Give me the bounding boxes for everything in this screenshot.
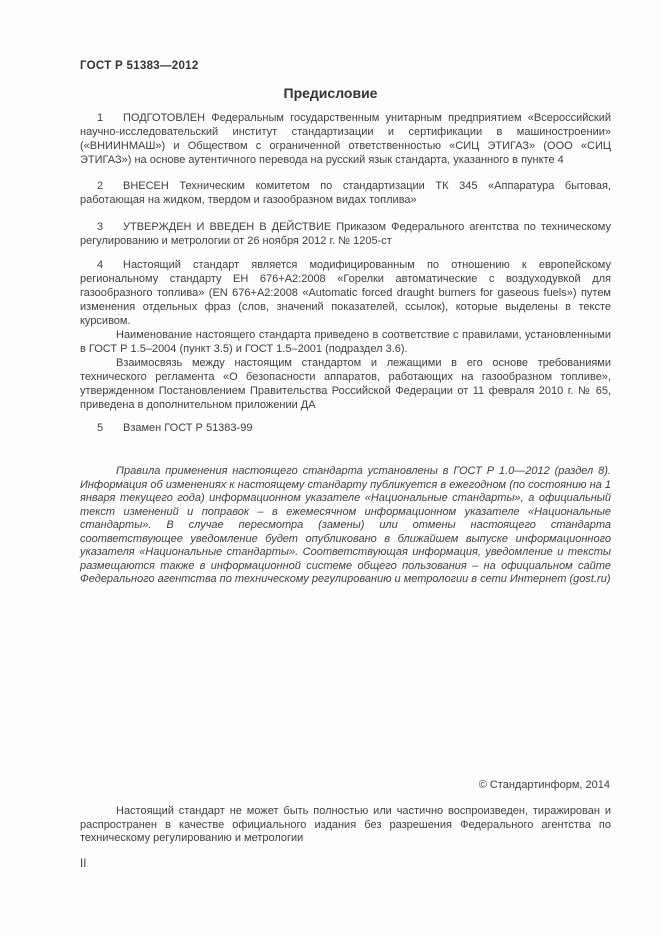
foreword-item-4-continuation-2: Взаимосвязь между настоящим стандартом и… bbox=[80, 356, 611, 412]
item-2-text: ВНЕСЕН Техническим комитетом по стандарт… bbox=[80, 180, 611, 206]
item-2-number: 2 bbox=[97, 179, 123, 193]
reproduction-restriction: Настоящий стандарт не может быть полност… bbox=[80, 805, 611, 846]
application-rules-note: Правила применения настоящего стандарта … bbox=[80, 465, 611, 587]
copyright-line: © Стандартинформ, 2014 bbox=[479, 779, 610, 791]
item-3-text: УТВЕРЖДЕН И ВВЕДЕН В ДЕЙСТВИЕ Приказом Ф… bbox=[80, 221, 611, 247]
foreword-item-3: 3УТВЕРЖДЕН И ВВЕДЕН В ДЕЙСТВИЕ Приказом … bbox=[80, 220, 611, 248]
item-1-number: 1 bbox=[97, 111, 123, 125]
item-5-number: 5 bbox=[97, 421, 123, 435]
item-1-text: ПОДГОТОВЛЕН Федеральным государственным … bbox=[80, 112, 611, 166]
foreword-item-4-continuation-1: Наименование настоящего стандарта привед… bbox=[80, 328, 611, 356]
page-title: Предисловие bbox=[0, 85, 661, 101]
document-code: ГОСТ Р 51383—2012 bbox=[80, 60, 199, 72]
item-4-number: 4 bbox=[97, 258, 123, 272]
foreword-item-5: 5Взамен ГОСТ Р 51383-99 bbox=[80, 421, 611, 435]
foreword-item-2: 2ВНЕСЕН Техническим комитетом по стандар… bbox=[80, 179, 611, 207]
item-4-text: Настоящий стандарт является модифицирова… bbox=[80, 259, 611, 327]
item-5-text: Взамен ГОСТ Р 51383-99 bbox=[123, 422, 252, 434]
foreword-section: 1ПОДГОТОВЛЕН Федеральным государственным… bbox=[80, 111, 611, 587]
foreword-item-4: 4Настоящий стандарт является модифициров… bbox=[80, 258, 611, 328]
document-page: ГОСТ Р 51383—2012 Предисловие 1ПОДГОТОВЛ… bbox=[0, 0, 661, 935]
page-number: II bbox=[80, 858, 86, 870]
foreword-item-1: 1ПОДГОТОВЛЕН Федеральным государственным… bbox=[80, 111, 611, 167]
item-3-number: 3 bbox=[97, 220, 123, 234]
